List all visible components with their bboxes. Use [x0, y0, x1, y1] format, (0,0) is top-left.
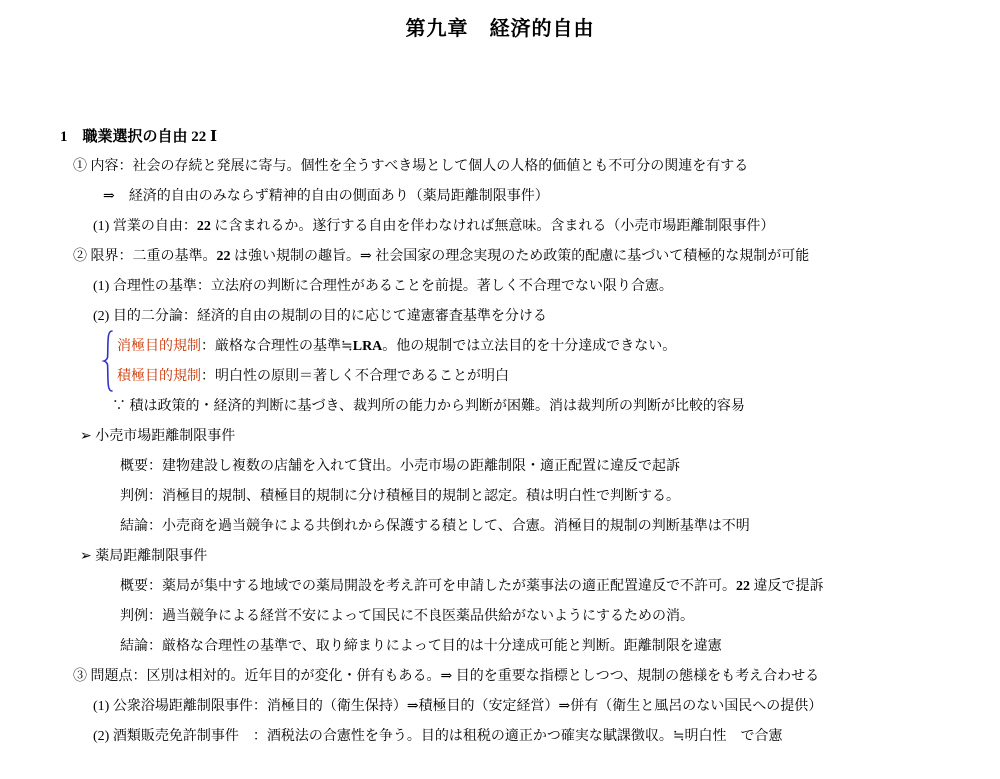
text-segment: 判例：過当競争による経営不安によって国民に不良医薬品供給がないようにするための消… [120, 609, 694, 624]
text-line: (2) 酒類販売免許制事件 ：酒税法の合憲性を争う。目的は租税の適正かつ確実な賦… [0, 722, 1000, 752]
text-segment: ③ 問題点：区別は相対的。近年目的が変化・併有もある。⇒ 目的を重要な指標としつ… [73, 669, 819, 684]
text-line: ③ 問題点：区別は相対的。近年目的が変化・併有もある。⇒ 目的を重要な指標としつ… [0, 662, 1000, 692]
text-segment: ① 内容：社会の存続と発展に寄与。個性を全うすべき場として個人の人格的価値とも不… [73, 159, 748, 174]
text-line: ① 内容：社会の存続と発展に寄与。個性を全うすべき場として個人の人格的価値とも不… [0, 152, 1000, 182]
text-segment: ➢ 薬局距離制限事件 [80, 549, 207, 564]
document-page: 第九章 経済的自由 1 職業選択の自由 22 Ⅰ ① 内容：社会の存続と発展に寄… [0, 0, 1000, 779]
text-line: (2) 目的二分論：経済的自由の規制の目的に応じて違憲審査基準を分ける [0, 302, 1000, 332]
text-segment: LRA [353, 339, 383, 354]
text-line: ➢ 小売市場距離制限事件 [0, 422, 1000, 452]
text-line: ∵ 積は政策的・経済的判断に基づき、裁判所の能力から判断が困難。消は裁判所の判断… [0, 392, 1000, 422]
text-line: 結論：小売商を過当競争による共倒れから保護する積として、合憲。消極目的規制の判断… [0, 512, 1000, 542]
text-segment: 概要：薬局が集中する地域での薬局開設を考え許可を申請したが薬事法の適正配置違反で… [120, 579, 736, 594]
text-segment: ➢ 小売市場距離制限事件 [80, 429, 235, 444]
text-segment: 。他の規制では立法目的を十分達成できない。 [382, 339, 676, 354]
text-line: 概要：建物建設し複数の店舗を入れて貸出。小売市場の距離制限・適正配置に違反で起訴 [0, 452, 1000, 482]
text-line: 判例：過当競争による経営不安によって国民に不良医薬品供給がないようにするための消… [0, 602, 1000, 632]
page-title: 第九章 経済的自由 [0, 14, 1000, 44]
text-segment: 22 [217, 249, 231, 264]
text-line: (1) 合理性の基準：立法府の判断に合理性があることを前提。著しく不合理でない限… [0, 272, 1000, 302]
text-segment: (2) 目的二分論：経済的自由の規制の目的に応じて違憲審査基準を分ける [93, 309, 547, 324]
text-segment: (1) 公衆浴場距離制限事件：消極目的（衛生保持）⇒積極目的（安定経営）⇒併有（… [93, 699, 822, 714]
text-line: 判例：消極目的規制、積極目的規制に分け積極目的規制と認定。積は明白性で判断する。 [0, 482, 1000, 512]
text-segment: ∵ 積は政策的・経済的判断に基づき、裁判所の能力から判断が困難。消は裁判所の判断… [112, 399, 745, 414]
text-segment: ：厳格な合理性の基準≒ [201, 339, 353, 354]
text-segment: ② 限界：二重の基準。 [73, 249, 217, 264]
text-line: 概要：薬局が集中する地域での薬局開設を考え許可を申請したが薬事法の適正配置違反で… [0, 572, 1000, 602]
text-line: ② 限界：二重の基準。22 は強い規制の趣旨。⇒ 社会国家の理念実現のため政策的… [0, 242, 1000, 272]
text-segment: (1) 営業の自由： [93, 219, 197, 234]
text-segment: に含まれるか。遂行する自由を伴わなければ無意味。含まれる（小売市場距離制限事件） [211, 219, 775, 234]
text-segment: (1) 合理性の基準：立法府の判断に合理性があることを前提。著しく不合理でない限… [93, 279, 673, 294]
text-segment: 22 [736, 579, 750, 594]
text-segment: (2) 酒類販売免許制事件 ：酒税法の合憲性を争う。目的は租税の適正かつ確実な賦… [93, 729, 783, 744]
text-line: (1) 営業の自由：22 に含まれるか。遂行する自由を伴わなければ無意味。含まれ… [0, 212, 1000, 242]
text-segment: は強い規制の趣旨。⇒ 社会国家の理念実現のため政策的配慮に基づいて積極的な規制が… [231, 249, 810, 264]
regulation-type-label: 消極目的規制 [117, 339, 201, 354]
text-line: 結論：厳格な合理性の基準で、取り締まりによって目的は十分達成可能と判断。距離制限… [0, 632, 1000, 662]
text-segment: 結論：厳格な合理性の基準で、取り締まりによって目的は十分達成可能と判断。距離制限… [120, 639, 722, 654]
text-segment: ⇒ 経済的自由のみならず精神的自由の側面あり（薬局距離制限事件） [103, 189, 549, 204]
text-segment: 判例：消極目的規制、積極目的規制に分け積極目的規制と認定。積は明白性で判断する。 [120, 489, 680, 504]
text-segment: ：明白性の原則＝著しく不合理であることが明白 [201, 369, 509, 384]
document-lines: ① 内容：社会の存続と発展に寄与。個性を全うすべき場として個人の人格的価値とも不… [0, 152, 1000, 752]
text-segment: 概要：建物建設し複数の店舗を入れて貸出。小売市場の距離制限・適正配置に違反で起訴 [120, 459, 680, 474]
regulation-type-label: 積極目的規制 [117, 369, 201, 384]
text-line: ⇒ 経済的自由のみならず精神的自由の側面あり（薬局距離制限事件） [0, 182, 1000, 212]
text-line: (1) 公衆浴場距離制限事件：消極目的（衛生保持）⇒積極目的（安定経営）⇒併有（… [0, 692, 1000, 722]
section-heading: 1 職業選択の自由 22 Ⅰ [60, 122, 1000, 152]
text-segment: 結論：小売商を過当競争による共倒れから保護する積として、合憲。消極目的規制の判断… [120, 519, 750, 534]
text-segment: 違反で提訴 [750, 579, 824, 594]
text-line: 消極目的規制：厳格な合理性の基準≒LRA。他の規制では立法目的を十分達成できない… [0, 332, 1000, 362]
text-segment: 22 [197, 219, 211, 234]
text-line: 積極目的規制：明白性の原則＝著しく不合理であることが明白 [0, 362, 1000, 392]
text-line: ➢ 薬局距離制限事件 [0, 542, 1000, 572]
curly-brace-icon [100, 330, 114, 392]
